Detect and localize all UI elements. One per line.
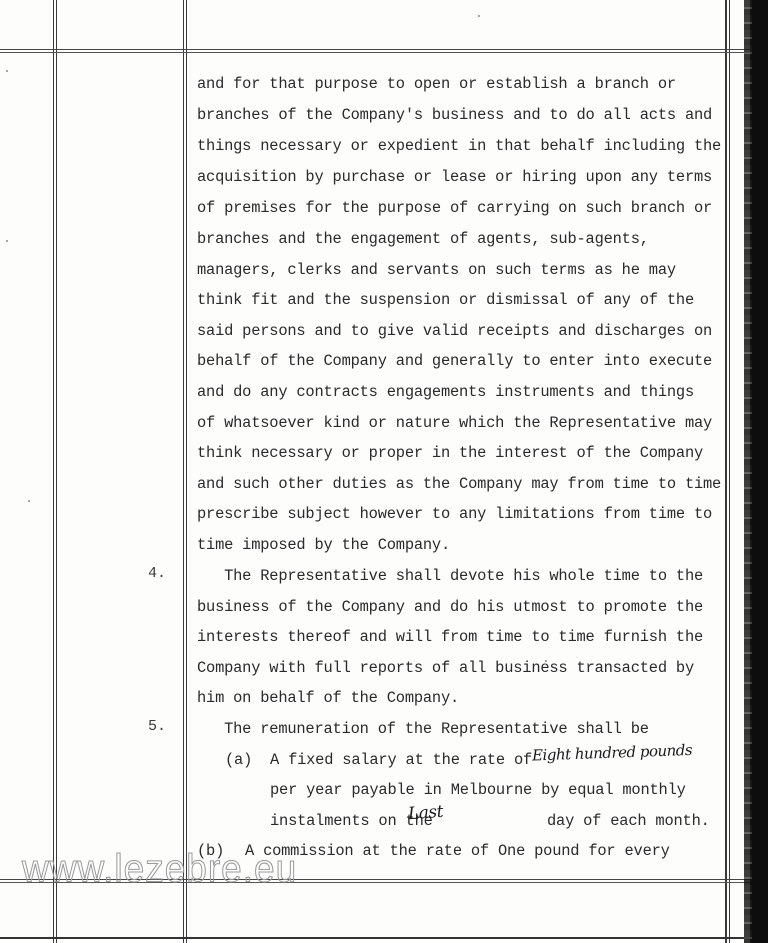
text-line: behalf of the Company and generally to e… bbox=[197, 351, 712, 371]
text-line: acquisition by purchase or lease or hiri… bbox=[197, 167, 712, 187]
text-line: and for that purpose to open or establis… bbox=[197, 74, 676, 94]
text-line: prescribe subject however to any limitat… bbox=[197, 504, 712, 524]
margin-rule-left bbox=[53, 0, 57, 943]
paper-speck bbox=[6, 70, 8, 72]
clause-5a-line2: per year payable in Melbourne by equal m… bbox=[270, 780, 686, 800]
text-line: said persons and to give valid receipts … bbox=[197, 321, 712, 341]
clause-5a-label: (a) bbox=[225, 750, 252, 770]
margin-rule-right bbox=[725, 0, 730, 943]
text-line: branches and the engagement of agents, s… bbox=[197, 229, 649, 249]
clause-5a-line1: A fixed salary at the rate of bbox=[270, 750, 532, 770]
clause-5-intro: The remuneration of the Representative s… bbox=[197, 719, 649, 739]
clause-number-5: 5. bbox=[148, 718, 166, 735]
text-line: of premises for the purpose of carrying … bbox=[197, 198, 712, 218]
text-line: think necessary or proper in the interes… bbox=[197, 443, 703, 463]
text-line: things necessary or expedient in that be… bbox=[197, 136, 721, 156]
clause-4-line: business of the Company and do his utmos… bbox=[197, 597, 703, 617]
handwritten-salary-amount: Eight hundred pounds bbox=[532, 740, 733, 765]
text-line: of whatsoever kind or nature which the R… bbox=[197, 413, 712, 433]
paper-speck bbox=[28, 500, 30, 502]
clause-5a-line3-suffix: day of each month. bbox=[547, 811, 710, 831]
handwritten-payment-day: Last bbox=[407, 802, 443, 824]
clause-4-line: interests thereof and will from time to … bbox=[197, 627, 703, 647]
bottom-rule bbox=[0, 937, 755, 939]
torn-page-edge bbox=[750, 0, 768, 943]
clause-4-line: him on behalf of the Company. bbox=[197, 688, 459, 708]
text-line: branches of the Company's business and t… bbox=[197, 105, 712, 125]
paper-speck bbox=[6, 240, 8, 242]
text-line: and do any contracts engagements instrum… bbox=[197, 382, 694, 402]
margin-rule-text bbox=[183, 0, 187, 943]
text-line: managers, clerks and servants on such te… bbox=[197, 260, 676, 280]
text-line: think fit and the suspension or dismissa… bbox=[197, 290, 694, 310]
clause-number-4: 4. bbox=[148, 565, 166, 582]
text-line: time imposed by the Company. bbox=[197, 535, 450, 555]
document-page: and for that purpose to open or establis… bbox=[0, 0, 768, 943]
header-rule bbox=[0, 49, 755, 53]
clause-5b-text: A commission at the rate of One pound fo… bbox=[245, 841, 670, 861]
text-line: and such other duties as the Company may… bbox=[197, 474, 721, 494]
paper-speck bbox=[478, 15, 480, 17]
clause-4-line: Company with full reports of all busines… bbox=[197, 658, 694, 678]
watermark: www.lezebre.eu bbox=[22, 847, 297, 891]
clause-4-line: The Representative shall devote his whol… bbox=[197, 566, 703, 586]
